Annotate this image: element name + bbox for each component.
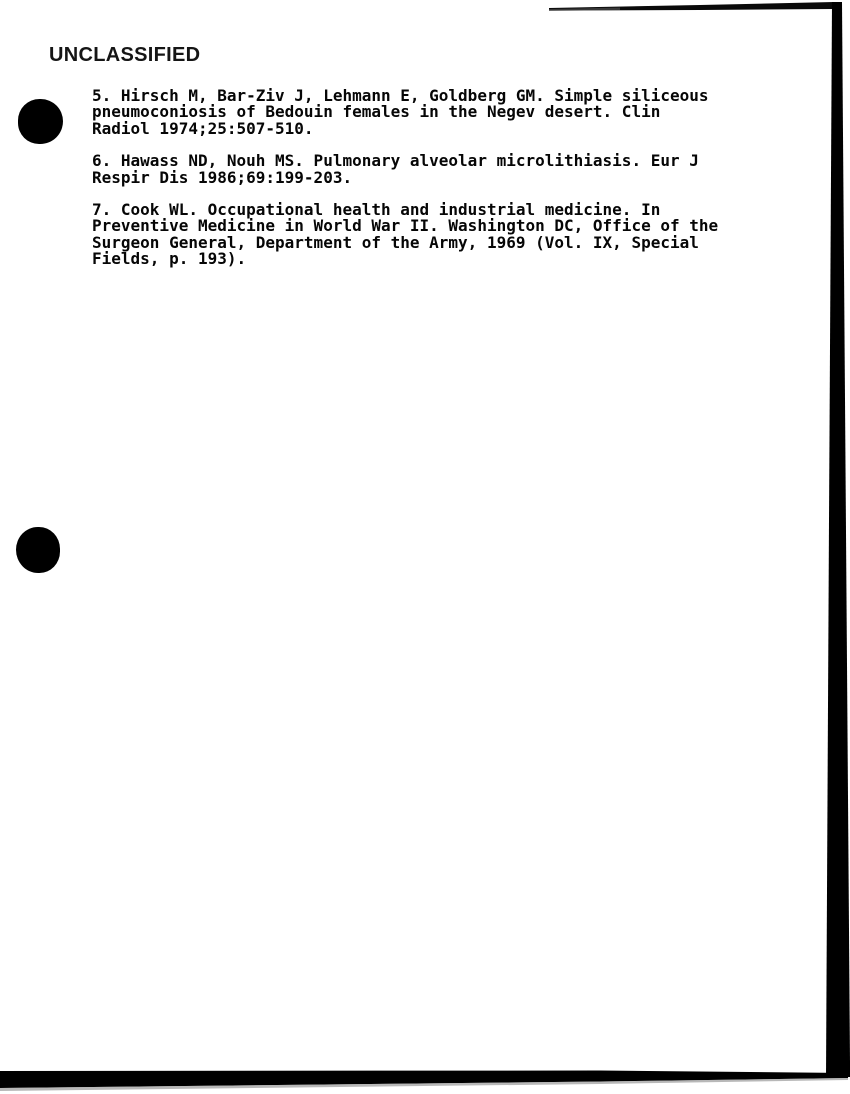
reference-entry-7: 7. Cook WL. Occupational health and indu… [92, 202, 782, 268]
hole-punch-mark-middle [16, 527, 60, 573]
classification-header: UNCLASSIFIED [49, 45, 200, 65]
scan-edge-top-gray-streak [549, 8, 620, 12]
hole-punch-mark-top [18, 99, 63, 144]
reference-entry-5: 5. Hirsch M, Bar-Ziv J, Lehmann E, Goldb… [92, 88, 782, 137]
scan-edge-bottom-shadow [0, 1078, 848, 1091]
scan-edge-bottom [0, 1071, 848, 1089]
reference-entry-6: 6. Hawass ND, Nouh MS. Pulmonary alveola… [92, 153, 782, 186]
scan-edge-top [549, 2, 834, 11]
scanned-document-page: UNCLASSIFIED 5. Hirsch M, Bar-Ziv J, Leh… [0, 0, 850, 1094]
reference-list: 5. Hirsch M, Bar-Ziv J, Lehmann E, Goldb… [92, 88, 782, 284]
scan-edge-right [826, 2, 850, 1077]
